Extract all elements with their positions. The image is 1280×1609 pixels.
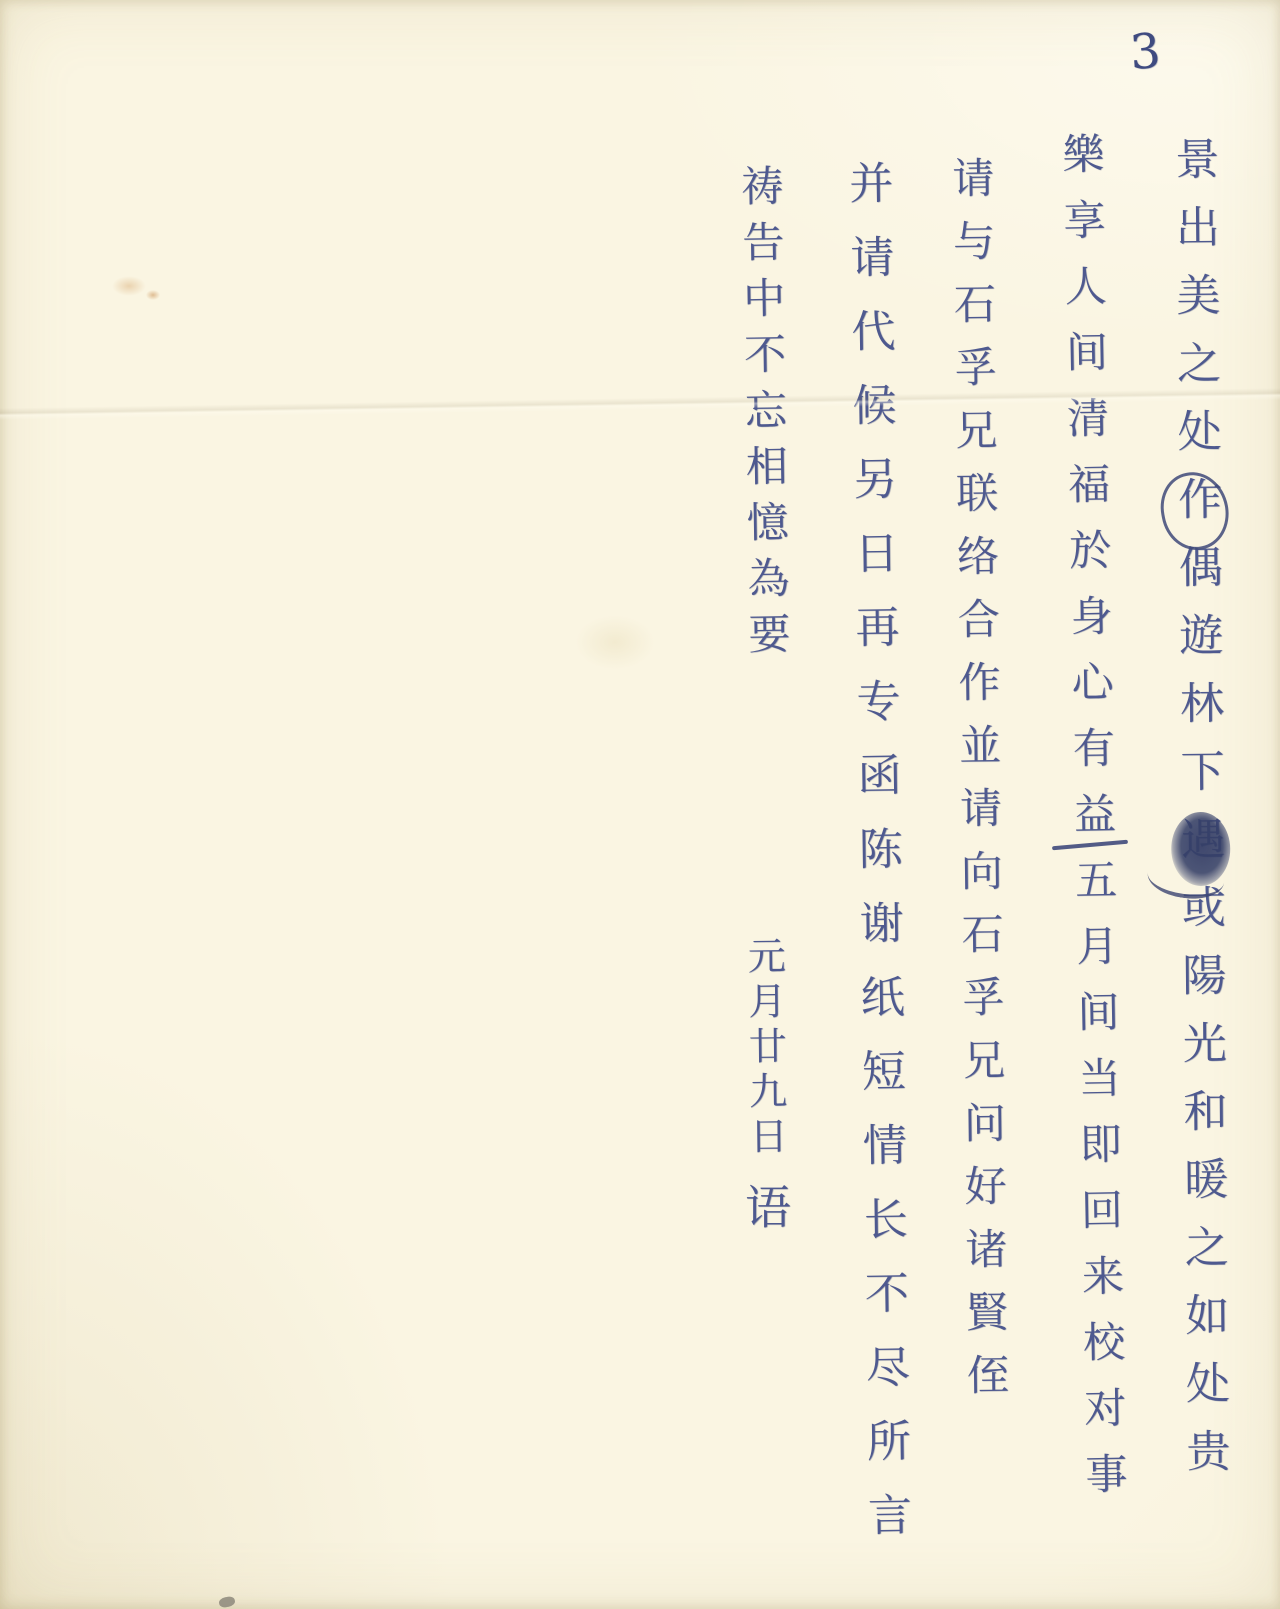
stain [575, 615, 655, 670]
circled-correction-character: 作 [1170, 476, 1222, 544]
column-2-run-2: 五月间当即回来校对事 [1069, 857, 1130, 1518]
text-column-1: 景出美之处作偶遊林下遇或陽光和暖之如处贵 [1160, 136, 1236, 1497]
signature: 语 [732, 1183, 798, 1229]
text-column-5: 祷告中不忘相憶為要 [729, 164, 797, 669]
stain [146, 290, 160, 300]
edge-speck [218, 1595, 236, 1608]
column-1-run-3: 或陽光和暖之如处贵 [1174, 884, 1230, 1496]
text-column-4: 并请代候另日再专函陈谢纸短情长不尽所言 [834, 160, 918, 1567]
date-line: 元月廿九日 [736, 936, 793, 1162]
text-column-2: 樂享人间清福於身心有益五月间当即回来校对事 [1050, 131, 1134, 1518]
column-2-run-1: 樂享人间清福於身心有 [1056, 132, 1117, 793]
letter-page: 3 景出美之处作偶遊林下遇或陽光和暖之如处贵 樂享人间清福於身心有益五月间当即回… [0, 0, 1280, 1609]
column-1-run-1: 景出美之处 [1167, 136, 1221, 476]
page-number: 3 [1128, 23, 1162, 81]
stain [112, 276, 146, 296]
scribbled-out-character: 遇 [1173, 816, 1225, 884]
column-1-run-2: 偶遊林下 [1171, 544, 1224, 816]
text-column-3: 请与石孚兄联络合作並请向石孚兄问好诸賢侄 [940, 156, 1015, 1417]
